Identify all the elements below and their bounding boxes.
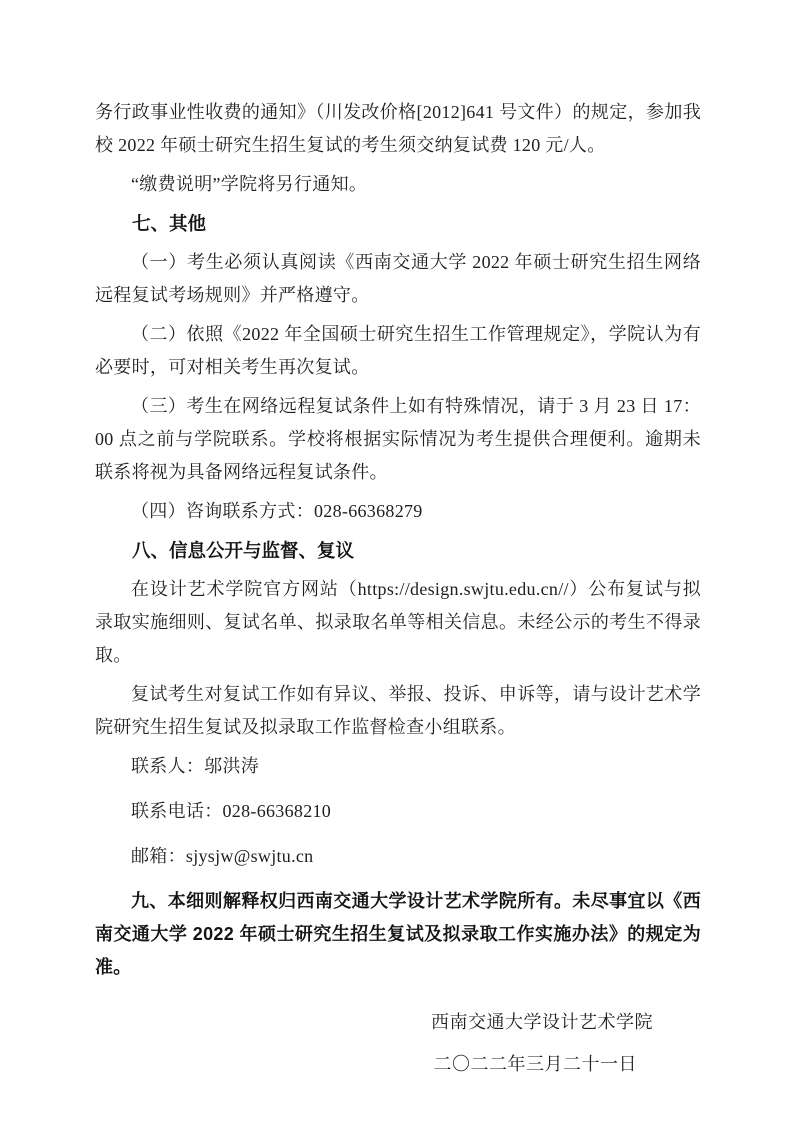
section-eight-paragraph-website: 在设计艺术学院官方网站（https://design.swjtu.edu.cn/… — [95, 573, 701, 672]
paragraph-payment-note: “缴费说明”学院将另行通知。 — [95, 168, 701, 201]
section-seven-heading: 七、其他 — [95, 207, 701, 240]
signature-date: 二〇二二年三月二十一日 — [95, 1048, 701, 1081]
section-seven-item-2: （二）依照《2022 年全国硕士研究生招生工作管理规定》，学院认为有必要时，可对… — [95, 318, 701, 384]
contact-person: 联系人：邬洪涛 — [95, 750, 701, 783]
document-page: 务行政事业性收费的通知》（川发改价格[2012]641 号文件）的规定，参加我校… — [0, 0, 794, 1123]
section-seven-item-3: （三）考生在网络远程复试条件上如有特殊情况，请于 3 月 23 日 17：00 … — [95, 390, 701, 489]
contact-phone: 联系电话：028-66368210 — [95, 795, 701, 828]
contact-email: 邮箱：sjysjw@swjtu.cn — [95, 840, 701, 873]
document-content: 务行政事业性收费的通知》（川发改价格[2012]641 号文件）的规定，参加我校… — [95, 96, 701, 1090]
section-eight-heading: 八、信息公开与监督、复议 — [95, 534, 701, 567]
section-seven-item-1: （一）考生必须认真阅读《西南交通大学 2022 年硕士研究生招生网络远程复试考场… — [95, 246, 701, 312]
section-seven-item-4-contact-phone: （四）咨询联系方式：028-66368279 — [95, 495, 701, 528]
paragraph-fee-continued: 务行政事业性收费的通知》（川发改价格[2012]641 号文件）的规定，参加我校… — [95, 96, 701, 162]
signature-organization: 西南交通大学设计艺术学院 — [95, 1006, 701, 1039]
section-nine-paragraph: 九、本细则解释权归西南交通大学设计艺术学院所有。未尽事宜以《西南交通大学 202… — [95, 885, 701, 984]
signature-block: 西南交通大学设计艺术学院 二〇二二年三月二十一日 — [95, 1006, 701, 1081]
section-eight-paragraph-appeal: 复试考生对复试工作如有异议、举报、投诉、申诉等，请与设计艺术学院研究生招生复试及… — [95, 678, 701, 744]
